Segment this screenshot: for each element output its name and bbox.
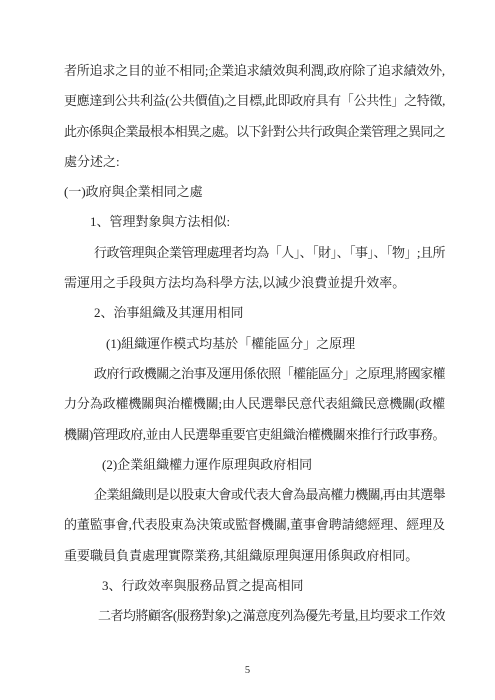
text-line: 更應達到公共利益(公共價值)之目標,此即政府具有「公共性」之特徵, — [64, 86, 445, 116]
text-line: 行政管理與企業管理處理者均為「人」、「財」、「事」、「物」;且所 — [64, 238, 445, 268]
page-number: 5 — [0, 665, 495, 676]
text-line: 此亦係與企業最根本相異之處。以下針對公共行政與企業管理之異同之 — [64, 117, 445, 147]
text-line: 處分述之: — [64, 147, 445, 177]
numbered-item-line: 2、治事組織及其運用相同 — [64, 298, 445, 328]
text-line: 需運用之手段與方法均為科學方法,以減少浪費並提升效率。 — [64, 268, 445, 298]
text-line: 重要職員負責處理實際業務,其組織原理與運用係與政府相同。 — [64, 541, 445, 571]
document-text-block: 者所追求之目的並不相同;企業追求績效與利潤,政府除了追求績效外, 更應達到公共利… — [64, 56, 445, 632]
document-page: 者所追求之目的並不相同;企業追求績效與利潤,政府除了追求績效外, 更應達到公共利… — [0, 0, 495, 700]
numbered-item-line: 3、行政效率與服務品質之提高相同 — [64, 571, 445, 601]
numbered-item-line: 1、管理對象與方法相似: — [64, 207, 445, 237]
text-line: 政府行政機關之治事及運用係依照「權能區分」之原理,將國家權 — [64, 359, 445, 389]
sub-item-line: (2)企業組織權力運作原理與政府相同 — [64, 450, 445, 480]
text-line: 企業組織則是以股東大會或代表大會為最高權力機關,再由其選舉 — [64, 480, 445, 510]
sub-item-line: (1)組織運作模式均基於「權能區分」之原理 — [64, 329, 445, 359]
text-line: 的董監事會,代表股東為決策或監督機關,董事會聘請總經理、經理及 — [64, 510, 445, 540]
section-heading-line: (一)政府與企業相同之處 — [64, 177, 445, 207]
text-line: 力分為政權機關與治權機關;由人民選舉民意代表組織民意機關(政權 — [64, 389, 445, 419]
text-line: 二者均將顧客(服務對象)之滿意度列為優先考量,且均要求工作效 — [64, 601, 445, 631]
text-line: 者所追求之目的並不相同;企業追求績效與利潤,政府除了追求績效外, — [64, 56, 445, 86]
text-line: 機關)管理政府,並由人民選舉重要官吏組織治權機關來推行行政事務。 — [64, 420, 445, 450]
